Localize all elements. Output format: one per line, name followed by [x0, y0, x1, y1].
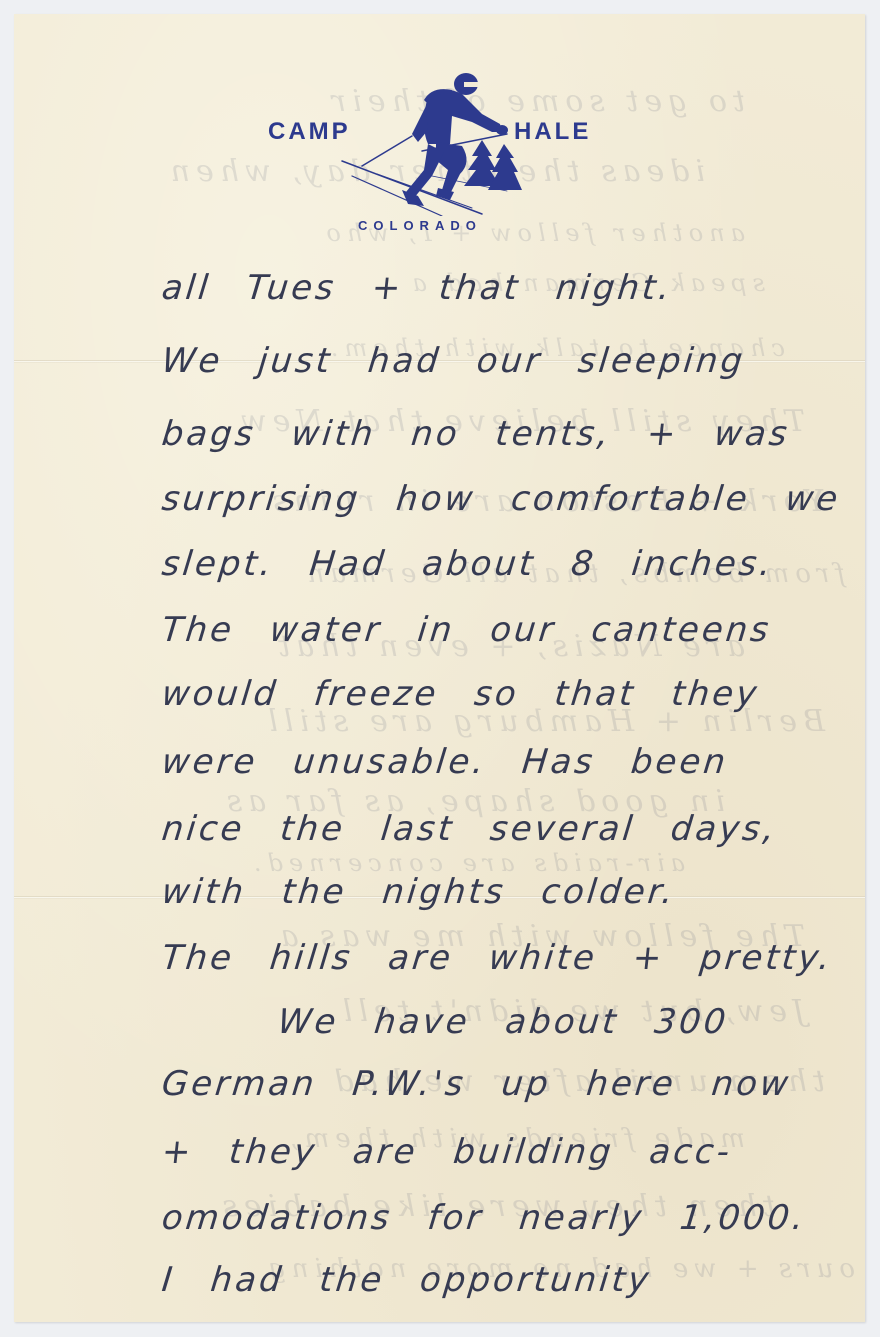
- letter-line: German P.W.'s up here now: [160, 1064, 793, 1104]
- letter-line: were unusable. Has been: [160, 742, 730, 782]
- letter-page: to get some of their ideas the other day…: [14, 14, 865, 1322]
- letterhead: CAMP HALE COLORADO: [14, 14, 865, 254]
- letter-line: We just had our sleeping: [160, 341, 747, 381]
- letter-line: surprising how comfortable we: [160, 479, 843, 519]
- letter-line: We have about 300: [276, 1002, 731, 1042]
- letter-line: The water in our canteens: [160, 610, 773, 650]
- letter-line: slept. Had about 8 inches.: [160, 544, 776, 584]
- letter-line: nice the last several days,: [160, 809, 779, 849]
- letter-line: The hills are white + pretty.: [160, 938, 835, 978]
- letter-line: bags with no tents, + was: [160, 414, 792, 454]
- letter-line: all Tues + that night.: [160, 268, 675, 308]
- letter-line: I had the opportunity: [160, 1260, 654, 1300]
- letterhead-colorado: COLORADO: [358, 218, 482, 233]
- letter-line: with the nights colder.: [160, 872, 678, 912]
- skier-icon: [332, 66, 532, 216]
- letter-line: omodations for nearly 1,000.: [160, 1198, 808, 1238]
- letter-line: would freeze so that they: [160, 674, 762, 714]
- letter-line: + they are building acc-: [160, 1132, 734, 1172]
